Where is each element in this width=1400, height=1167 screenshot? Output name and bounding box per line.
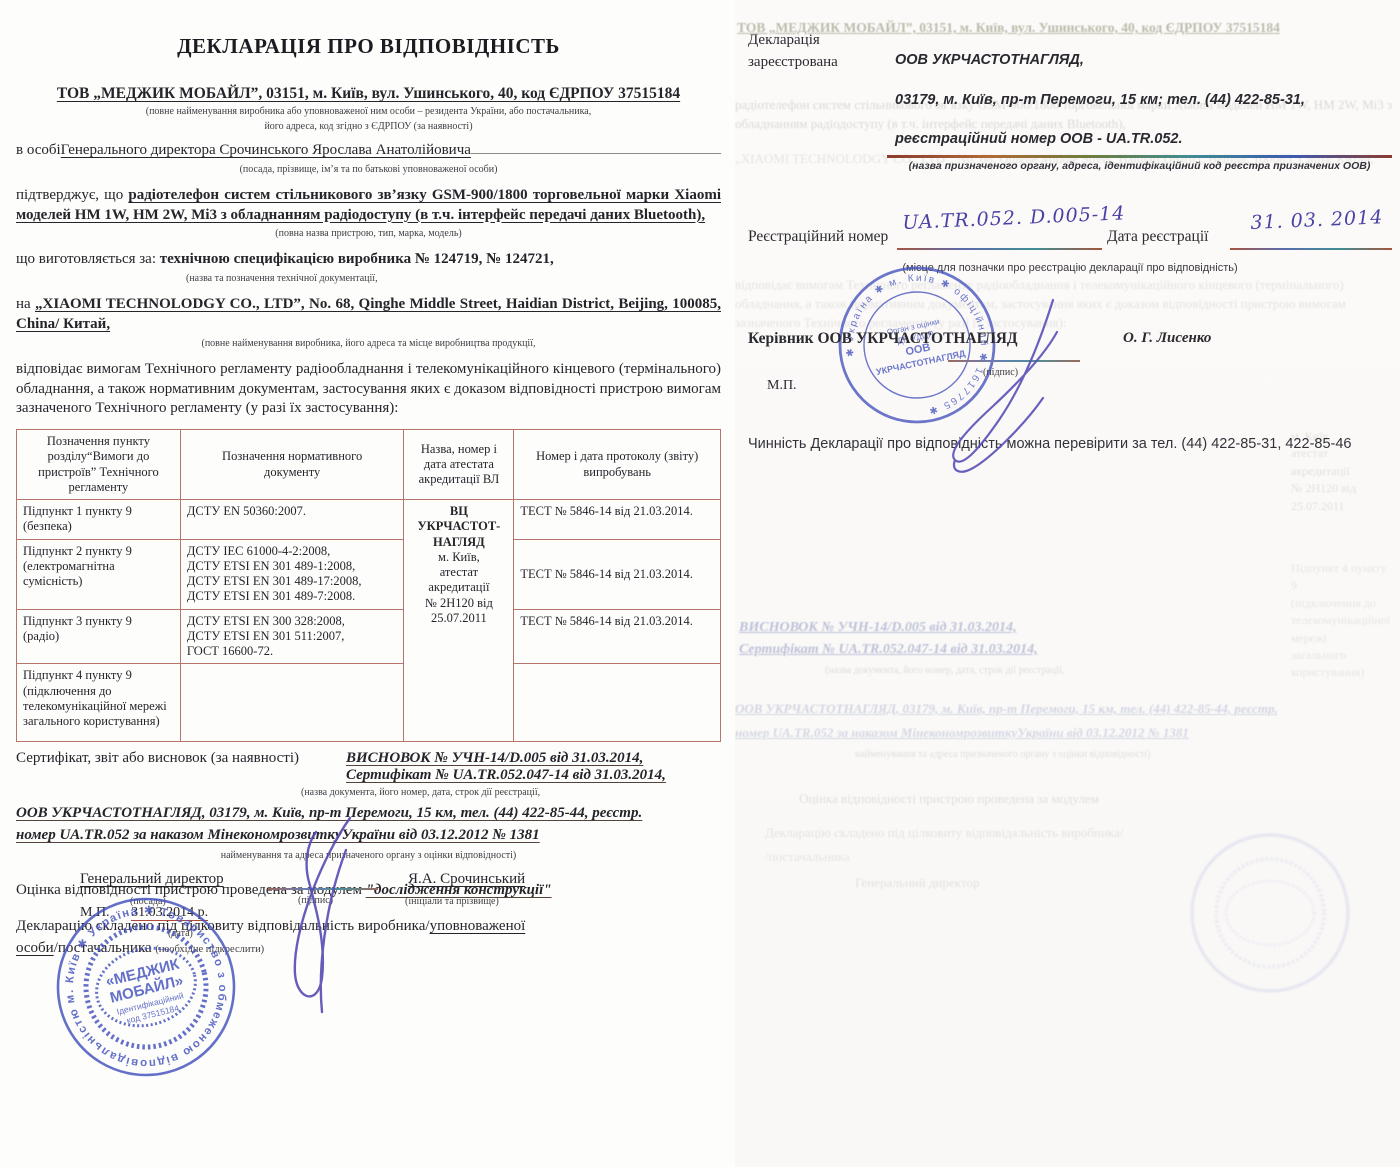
ghost-line: /постачальника <box>765 848 1105 867</box>
row4-requirement: Підпункт 4 пункту 9 (підключення до теле… <box>17 664 181 742</box>
resp-underlined-1: уповноваженої <box>430 918 526 934</box>
row2-protocol: ТЕСТ № 5846-14 від 21.03.2014. <box>514 539 721 609</box>
compliance-paragraph: відповідає вимогам Технічного регламенту… <box>16 360 721 419</box>
table-header-row: Позначення пункту розділу“Вимоги до прис… <box>17 430 721 500</box>
col-header-normative-doc: Позначення нормативного документу <box>180 430 404 500</box>
col-header-requirement: Позначення пункту розділу“Вимоги до прис… <box>17 430 181 500</box>
table-row: Підпункт 1 пункту 9 (безпека) ДСТУ EN 50… <box>17 500 721 540</box>
row3-normative: ДСТУ ETSI EN 300 328:2008, ДСТУ ETSI EN … <box>180 609 404 664</box>
manufacturer-paragraph: на „XIAOMI TECHNOLODGY CO., LTD”, No. 68… <box>16 295 721 335</box>
device-prefix: підтверджує, що <box>16 187 128 203</box>
spec-caption: (назва та позначення технічної документа… <box>16 272 721 285</box>
company-stamp: м. Київ ✱ Україна ✱ Товариство з обмежен… <box>52 893 240 1081</box>
ghost-line: (назва документа, його номер, дата, стро… <box>825 664 1245 679</box>
row3-requirement: Підпункт 3 пункту 9 (радіо) <box>17 609 181 664</box>
head-name: О. Г. Лисенко <box>1123 330 1211 347</box>
scanned-declaration-document: { "doc": { "left": { "title": "ДЕКЛАРАЦІ… <box>0 0 1400 1167</box>
regnum-underline <box>897 248 1102 250</box>
certificate-values: ВИСНОВОК № УЧН-14/D.005 від 31.03.2014, … <box>346 750 666 784</box>
lab-cell: ВЦ УКРЧАСТОТ- НАГЛЯД м. Київ, атестат ак… <box>404 500 514 742</box>
reg-org-name: ООВ УКРЧАСТОТНАГЛЯД, <box>895 52 1084 68</box>
regdate-handwritten-value: 31. 03. 2014 <box>1250 206 1384 234</box>
company-name-address: ТОВ „МЕДЖИК МОБАЙЛ”, 03151, м. Київ, вул… <box>57 85 680 102</box>
manufacturer-caption: (повне найменування виробника, його адре… <box>16 337 721 350</box>
ghost-line: Оцінка відповідності пристрою проведена … <box>799 790 1359 809</box>
manufacturer-prefix: на <box>16 296 35 312</box>
head-mp-label: М.П. <box>767 378 797 394</box>
table-row: Підпункт 2 пункту 9 (електромагнітна сум… <box>17 539 721 609</box>
ghost-line: ООВ УКРЧАСТОТНАГЛЯД, 03179, м. Київ, пр-… <box>735 700 1393 719</box>
lab-name: ВЦ УКРЧАСТОТ- НАГЛЯД <box>410 504 507 550</box>
row4-protocol <box>514 664 721 742</box>
certificate-caption: (назва документа, його номер, дата, стро… <box>16 786 721 799</box>
underline-filler <box>471 140 721 154</box>
reg-label-1: Декларація <box>748 32 820 49</box>
row1-requirement: Підпункт 1 пункту 9 (безпека) <box>17 500 181 540</box>
col-header-protocol: Номер і дата протоколу (звіту) випробува… <box>514 430 721 500</box>
signature-stroke <box>321 850 346 1012</box>
head-signature <box>933 292 1103 482</box>
company-caption-2: його адреса, код згідно з ЄДРПОУ (за ная… <box>16 120 721 133</box>
manufacturer-name-address: „XIAOMI TECHNOLODGY CO., LTD”, No. 68, Q… <box>16 296 721 332</box>
signer-name: Я.А. Срочинський <box>408 871 525 888</box>
ghost-line: Сертифікат № UA.TR.052.047-14 від 31.03.… <box>739 640 1169 660</box>
person-caption: (посада, прізвище, ім’я та по батькові у… <box>16 163 721 176</box>
ghost-line: найменування та адреса призначеного орга… <box>855 748 1285 763</box>
director-signature <box>262 812 392 1017</box>
spec-paragraph: що виготовляється за: технічною специфік… <box>16 250 721 270</box>
declaration-page: ДЕКЛАРАЦІЯ ПРО ВІДПОВІДНІСТЬ ТОВ „МЕДЖИК… <box>0 0 735 1167</box>
company-caption-1: (повне найменування виробника або уповно… <box>16 105 721 118</box>
ghost-line: Декларацію складено під цілковиту відпов… <box>765 824 1365 843</box>
col-header-lab-attestation: Назва, номер і дата атестата акредитації… <box>404 430 514 500</box>
row2-normative: ДСТУ IEC 61000-4-2:2008, ДСТУ ETSI EN 30… <box>180 539 404 609</box>
device-caption: (повна назва пристрою, тип, марка, модел… <box>16 227 721 240</box>
person-prefix: в особі <box>16 141 61 161</box>
certificate-label: Сертифікат, звіт або висновок (за наявно… <box>16 750 346 784</box>
signer-name-caption: (ініціали та прізвище) <box>405 895 499 908</box>
authorized-person-line: в особі Генерального директора Срочинськ… <box>16 140 721 161</box>
certificate-number: Сертифікат № UA.TR.052.047-14 від 31.03.… <box>346 767 666 784</box>
regdate-underline <box>1230 248 1392 250</box>
reg-caption: (назва призначеного органу, адреса, іден… <box>887 160 1392 172</box>
device-paragraph: підтверджує, що радіотелефон систем стіл… <box>16 186 721 226</box>
conformity-table: Позначення пункту розділу“Вимоги до прис… <box>16 429 721 742</box>
table-row: Підпункт 3 пункту 9 (радіо) ДСТУ ETSI EN… <box>17 609 721 664</box>
regnum-handwritten-value: UA.TR.052. D.005-14 <box>902 202 1126 234</box>
table-row: Підпункт 4 пункту 9 (підключення до теле… <box>17 664 721 742</box>
spec-prefix: що виготовляється за: <box>16 251 160 267</box>
ghost-stamp <box>1185 828 1355 998</box>
signer-role: Генеральний директор <box>80 871 224 888</box>
ghost-line: номер UA.TR.052 за наказом Мінекономрозв… <box>735 724 1295 743</box>
ghost-line: Генеральний директор <box>855 874 1285 893</box>
regdate-label: Дата реєстрації <box>1107 228 1208 246</box>
row3-protocol: ТЕСТ № 5846-14 від 21.03.2014. <box>514 609 721 664</box>
row2-requirement: Підпункт 2 пункту 9 (електромагнітна сум… <box>17 539 181 609</box>
conclusion-number: ВИСНОВОК № УЧН-14/D.005 від 31.03.2014, <box>346 750 666 767</box>
signature-stroke <box>954 398 1043 472</box>
regnum-label: Реєстраційний номер <box>748 228 888 246</box>
row1-protocol: ТЕСТ № 5846-14 від 21.03.2014. <box>514 500 721 540</box>
resp-underlined-2: особи <box>16 940 54 956</box>
row1-normative: ДСТУ EN 50360:2007. <box>180 500 404 540</box>
person-name: Генерального директора Срочинського Ярос… <box>61 141 471 161</box>
reg-org-address: 03179, м. Київ, пр-т Перемоги, 15 км; те… <box>895 92 1305 108</box>
ghost-line: ВИСНОВОК № УЧН-14/D.005 від 31.03.2014, <box>739 618 1169 638</box>
page-title: ДЕКЛАРАЦІЯ ПРО ВІДПОВІДНІСТЬ <box>16 34 721 59</box>
row4-normative <box>180 664 404 742</box>
ghost-line: Підпункт 4 пункту 9 (підключення до теле… <box>1291 560 1395 682</box>
reg-label-2: зареєстрована <box>748 54 838 71</box>
certificate-row: Сертифікат, звіт або висновок (за наявно… <box>16 750 721 784</box>
lab-details: м. Київ, атестат акредитації № 2Н120 від… <box>410 550 507 626</box>
reg-org-number: реєстраційний номер ООВ - UA.TR.052. <box>895 131 1182 147</box>
company-line: ТОВ „МЕДЖИК МОБАЙЛ”, 03151, м. Київ, вул… <box>16 85 721 103</box>
reg-separator-line <box>887 155 1392 158</box>
spec-number: технічною специфікацією виробника № 1247… <box>160 251 554 267</box>
signature-stroke <box>953 300 1057 462</box>
registration-page: ТОВ „МЕДЖИК МОБАЙЛ”, 03151, м. Київ, вул… <box>735 0 1400 1167</box>
ghost-line: ТОВ „МЕДЖИК МОБАЙЛ”, 03151, м. Київ, вул… <box>737 18 1395 38</box>
